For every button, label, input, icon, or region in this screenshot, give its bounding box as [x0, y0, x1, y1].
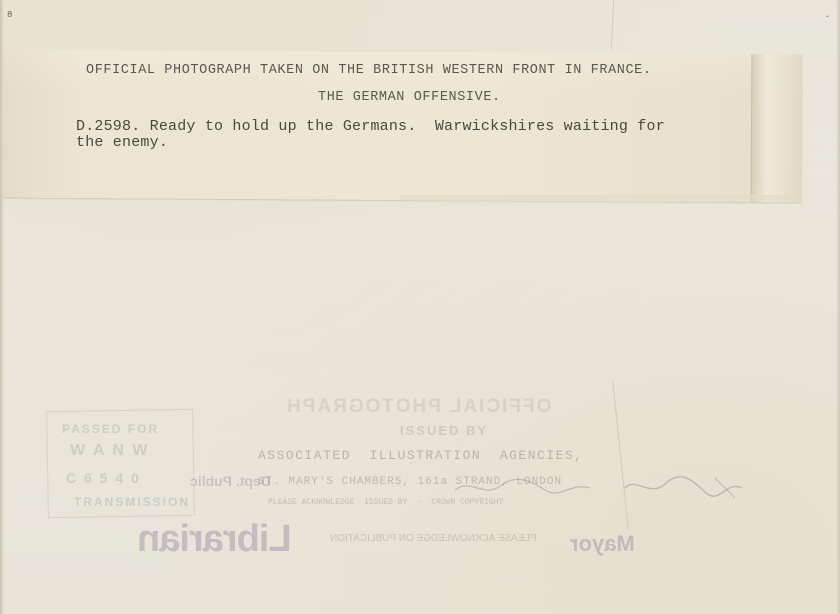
paper-crease	[611, 0, 615, 50]
official-photograph-ghost-stamp: OFFICIAL PHOTOGRAPH	[285, 396, 551, 418]
passed-for-stamp-line: C 6 5 4 0	[66, 470, 141, 486]
passed-for-stamp-line: W A N W	[70, 442, 149, 460]
pencil-signature	[450, 468, 750, 508]
label-shadow	[400, 195, 800, 205]
purple-dept-stamp: Dept. Public	[190, 473, 271, 489]
purple-mayor-stamp: Mayor	[570, 531, 635, 557]
label-caption-line-2: the enemy.	[76, 134, 168, 151]
label-caption-line-1: D.2598. Ready to hold up the Germans. Wa…	[76, 118, 665, 135]
corner-mark-top-left: 8	[7, 10, 12, 20]
label-heading-line-1: OFFICIAL PHOTOGRAPH TAKEN ON THE BRITISH…	[86, 63, 652, 78]
photo-back-card: 8 · PASSED FOR W A N W C 6 5 4 0 TRANSMI…	[0, 0, 840, 614]
passed-for-stamp-line: TRANSMISSION	[74, 495, 190, 509]
card-right-edge	[836, 0, 840, 614]
label-heading-line-2: THE GERMAN OFFENSIVE.	[318, 90, 501, 105]
acknowledge-ghost-stamp: PLEASE ACKNOWLEDGE ON PUBLICATION	[330, 533, 537, 544]
corner-mark-top-right: ·	[825, 12, 830, 22]
issued-by-ghost-stamp: ISSUED BY	[400, 423, 488, 438]
passed-for-stamp-line: PASSED FOR	[62, 422, 159, 436]
label-folded-edge	[751, 54, 803, 202]
agency-name-stamp: ASSOCIATED ILLUSTRATION AGENCIES,	[258, 448, 584, 463]
purple-librarian-stamp: Librarian	[138, 518, 292, 561]
